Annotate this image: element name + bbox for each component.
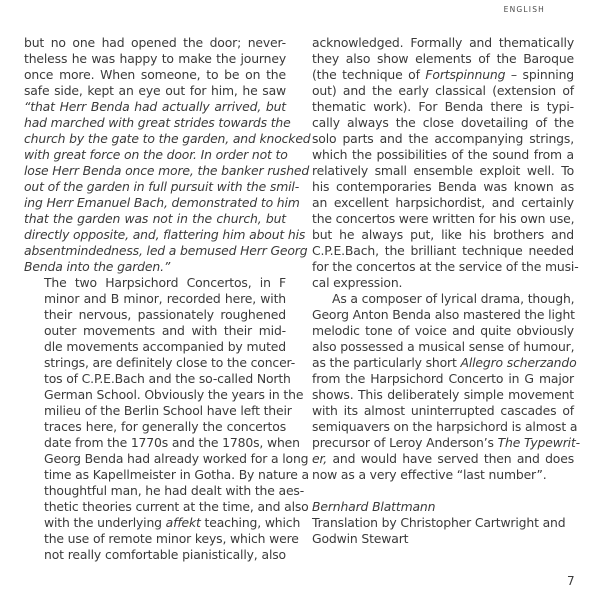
- right-column: acknowledged. Formally and thematically …: [312, 35, 574, 547]
- text-line: from the Harpsichord Concerto in G major: [312, 371, 574, 387]
- quote-line: lose Herr Benda once more, the banker ru…: [24, 163, 286, 179]
- quote-line: with great force on the door. In order n…: [24, 147, 286, 163]
- italic-term: Allegro scherzando: [461, 355, 577, 370]
- text-line: tos of C.P.E.Bach and the so-called Nort…: [24, 371, 286, 387]
- text-line: they also show elements of the Baroque: [312, 51, 574, 67]
- quote-line: that the garden was not in the church, b…: [24, 211, 286, 227]
- paragraph-lyrical-drama: As a composer of lyrical drama, though, …: [312, 291, 574, 483]
- text-line: his contemporaries Benda was known as: [312, 179, 574, 195]
- text-line: theless he was happy to make the journey: [24, 51, 286, 67]
- text-line: thetic theories current at the time, and…: [24, 499, 286, 515]
- text-line: acknowledged. Formally and thematically: [312, 35, 574, 51]
- text-line: out) and the early classical (extension …: [312, 83, 574, 99]
- text-fragment: (the technique of: [312, 67, 425, 82]
- text-line: As a composer of lyrical drama, though,: [312, 291, 574, 307]
- text-line: for the concertos at the service of the …: [312, 259, 574, 275]
- running-head: ENGLISH: [504, 5, 545, 14]
- text-line: also possessed a musical sense of humour…: [312, 339, 574, 355]
- text-fragment: – spinning: [505, 67, 574, 82]
- italic-term: The Typewrit-: [498, 435, 580, 450]
- quote-line: church by the gate to the garden, and kn…: [24, 131, 286, 147]
- quote-line: “that Herr Benda had actually arrived, b…: [24, 99, 286, 115]
- text-line: solo parts and the accompanying strings,: [312, 131, 574, 147]
- paragraph-concertos: The two Harpsichord Concertos, in F mino…: [24, 275, 286, 563]
- paragraph-form: acknowledged. Formally and thematically …: [312, 35, 574, 291]
- paragraph-intro: but no one had opened the door; never- t…: [24, 35, 286, 275]
- text-line: not really comfortable pianistically, al…: [24, 547, 286, 563]
- text-line: melodic tone of voice and quite obviousl…: [312, 323, 574, 339]
- text-line: date from the 1770s and the 1780s, when: [24, 435, 286, 451]
- text-line: which the possibilities of the sound fro…: [312, 147, 574, 163]
- author-name: Bernhard Blattmann: [312, 499, 574, 515]
- text-line: but he always put, like his brothers and: [312, 227, 574, 243]
- text-line: Georg Benda had already worked for a lon…: [24, 451, 286, 467]
- text-line: milieu of the Berlin School have left th…: [24, 403, 286, 419]
- text-fragment: as the particularly short: [312, 355, 461, 370]
- text-fragment: and would have served then and does: [327, 451, 574, 466]
- translation-credit: Translation by Christopher Cartwright an…: [312, 515, 574, 531]
- text-line: the use of remote minor keys, which were: [24, 531, 286, 547]
- left-column: but no one had opened the door; never- t…: [24, 35, 286, 563]
- text-line: cally always the close dovetailing of th…: [312, 115, 574, 131]
- text-line: Georg Anton Benda also mastered the ligh…: [312, 307, 574, 323]
- text-line: with its almost uninterrupted cascades o…: [312, 403, 574, 419]
- text-line: cal expression.: [312, 275, 574, 291]
- text-line: the concertos were written for his own u…: [312, 211, 574, 227]
- text-line: (the technique of Fortspinnung – spinnin…: [312, 67, 574, 83]
- text-line: thematic work). For Benda there is typi-: [312, 99, 574, 115]
- text-line: once more. When someone, to be on the: [24, 67, 286, 83]
- page-number: 7: [567, 574, 575, 588]
- text-line: German School. Obviously the years in th…: [24, 387, 286, 403]
- quote-line: had marched with great strides towards t…: [24, 115, 286, 131]
- quote-line: out of the garden in full pursuit with t…: [24, 179, 286, 195]
- italic-term: er,: [312, 451, 327, 466]
- text-line: safe side, kept an eye out for him, he s…: [24, 83, 286, 99]
- text-line: their nervous, passionately roughened: [24, 307, 286, 323]
- text-line: dle movements accompanied by muted: [24, 339, 286, 355]
- text-line: minor and B minor, recorded here, with: [24, 291, 286, 307]
- text-line: semiquavers on the harpsichord is almost…: [312, 419, 574, 435]
- text-line: as the particularly short Allegro scherz…: [312, 355, 574, 371]
- text-line: time as Kapellmeister in Gotha. By natur…: [24, 467, 286, 483]
- text-line: outer movements and with their mid-: [24, 323, 286, 339]
- text-line: an excellent harpsichordist, and certain…: [312, 195, 574, 211]
- text-line: C.P.E.Bach, the brilliant technique need…: [312, 243, 574, 259]
- text-fragment: precursor of Leroy Anderson’s: [312, 435, 498, 450]
- italic-term: affekt: [166, 515, 201, 530]
- text-line: strings, are definitely close to the con…: [24, 355, 286, 371]
- text-line: shows. This deliberately simple movement: [312, 387, 574, 403]
- text-fragment: teaching, which: [201, 515, 300, 530]
- quote-line: absentmindedness, led a bemused Herr Geo…: [24, 243, 286, 259]
- quote-line: Benda into the garden.”: [24, 259, 286, 275]
- text-line: er, and would have served then and does: [312, 451, 574, 467]
- text-line: traces here, for generally the concertos: [24, 419, 286, 435]
- text-line: but no one had opened the door; never-: [24, 35, 286, 51]
- text-line: thoughtful man, he had dealt with the ae…: [24, 483, 286, 499]
- quote-line: directly opposite, and, flattering him a…: [24, 227, 286, 243]
- text-line: relatively small ensemble exploit well. …: [312, 163, 574, 179]
- quote-line: ing Herr Emanuel Bach, demonstrated to h…: [24, 195, 286, 211]
- translation-credit: Godwin Stewart: [312, 531, 574, 547]
- text-line: The two Harpsichord Concertos, in F: [24, 275, 286, 291]
- text-line: precursor of Leroy Anderson’s The Typewr…: [312, 435, 574, 451]
- text-fragment: with the underlying: [44, 515, 166, 530]
- italic-term: Fortspinnung: [425, 67, 505, 82]
- text-line: now as a very effective “last number”.: [312, 467, 574, 483]
- signature-block: Bernhard Blattmann Translation by Christ…: [312, 499, 574, 547]
- text-line: with the underlying affekt teaching, whi…: [24, 515, 286, 531]
